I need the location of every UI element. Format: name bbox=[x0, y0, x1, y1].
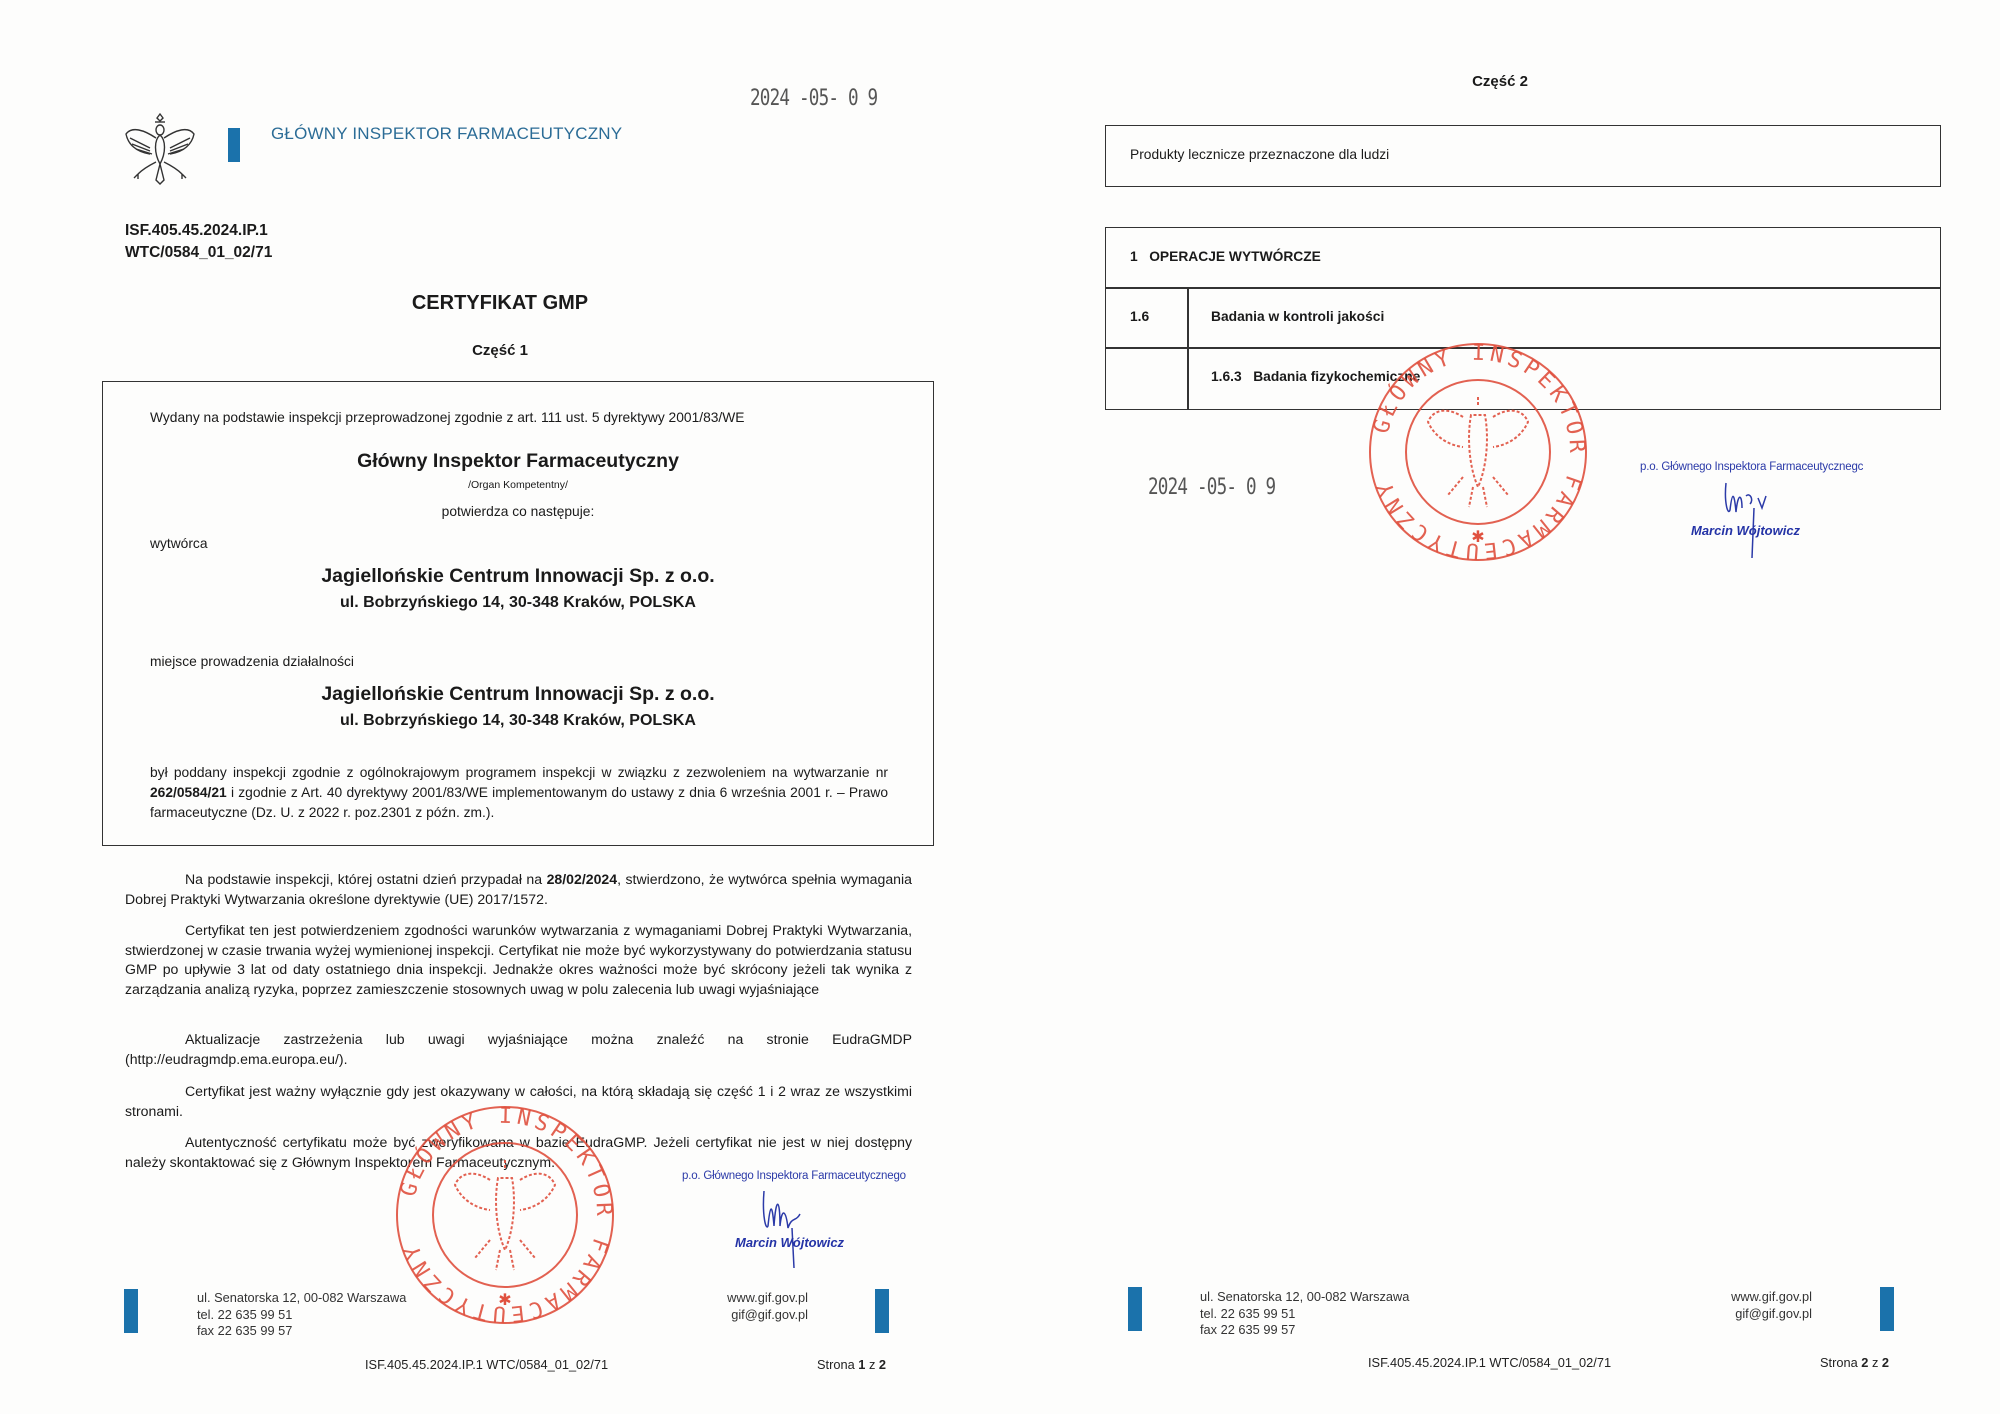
confirms-text: potwierdza co następuje: bbox=[103, 504, 933, 519]
date-stamp: 2024 -05- 0 9 bbox=[1148, 475, 1275, 500]
site-label: miejsce prowadzenia działalności bbox=[150, 654, 354, 669]
brand-bar-header bbox=[228, 128, 240, 162]
official-seal-stamp-icon: GŁÓWNY INSPEKTOR FARMACEUTYCZNY ✱ bbox=[1363, 337, 1593, 567]
signatory-name: Marcin Wójtowicz bbox=[1691, 523, 1800, 538]
footer-address: ul. Senatorska 12, 00-082 Warszawa bbox=[1200, 1289, 1409, 1306]
agency-name: GŁÓWNY INSPEKTOR FARMACEUTYCZNY bbox=[271, 124, 622, 144]
handwritten-signature-icon bbox=[756, 1186, 826, 1271]
footer-fax: fax 22 635 99 57 bbox=[1200, 1322, 1409, 1339]
part-label: Część 1 bbox=[0, 342, 1000, 359]
footer-email-link[interactable]: gif@gif.gov.pl bbox=[1731, 1306, 1812, 1323]
footer-fax: fax 22 635 99 57 bbox=[197, 1323, 406, 1340]
footer-contact: ul. Senatorska 12, 00-082 Warszawa tel. … bbox=[1200, 1289, 1409, 1339]
site-name: Jagiellońskie Centrum Innowacji Sp. z o.… bbox=[103, 683, 933, 706]
footer-website-link[interactable]: www.gif.gov.pl bbox=[727, 1290, 808, 1307]
authority-role: /Organ Kompetentny/ bbox=[103, 479, 933, 491]
official-seal-stamp-icon: GŁÓWNY INSPEKTOR FARMACEUTYCZNY ✱ bbox=[390, 1100, 620, 1330]
product-type-box: Produkty lecznicze przeznaczone dla ludz… bbox=[1105, 125, 1941, 187]
inspection-date: 28/02/2024 bbox=[547, 871, 618, 887]
footer-email-link[interactable]: gif@gif.gov.pl bbox=[727, 1307, 808, 1324]
svg-text:✱: ✱ bbox=[1471, 529, 1484, 546]
footer-phone: tel. 22 635 99 51 bbox=[197, 1307, 406, 1324]
authorization-number: 262/0584/21 bbox=[150, 785, 227, 800]
polish-eagle-emblem-icon bbox=[122, 108, 198, 188]
footer-address: ul. Senatorska 12, 00-082 Warszawa bbox=[197, 1290, 406, 1307]
handwritten-signature-icon bbox=[1720, 478, 1790, 563]
paragraph-validity: Certyfikat ten jest potwierdzeniem zgodn… bbox=[125, 921, 912, 999]
brand-bar-footer-right bbox=[875, 1289, 889, 1333]
page-number: Strona 1 z 2 bbox=[817, 1357, 886, 1372]
paragraph-inspection-result: Na podstawie inspekcji, której ostatni d… bbox=[125, 870, 912, 909]
manufacturer-label: wytwórca bbox=[150, 536, 208, 551]
certificate-title: CERTYFIKAT GMP bbox=[0, 292, 1000, 315]
manufacturer-address: ul. Bobrzyńskiego 14, 30-348 Kraków, POL… bbox=[103, 594, 933, 612]
site-address: ul. Bobrzyńskiego 14, 30-348 Kraków, POL… bbox=[103, 712, 933, 730]
brand-bar-footer-left bbox=[1128, 1287, 1142, 1331]
footer-reference: ISF.405.45.2024.IP.1 WTC/0584_01_02/71 bbox=[365, 1357, 608, 1372]
paragraph-updates: Aktualizacje zastrzeżenia lub uwagi wyja… bbox=[125, 1030, 912, 1069]
footer-website-link[interactable]: www.gif.gov.pl bbox=[1731, 1289, 1812, 1306]
case-number: WTC/0584_01_02/71 bbox=[125, 244, 272, 262]
signature-role: p.o. Głównego Inspektora Farmaceutyczneg… bbox=[1640, 461, 1863, 473]
footer-web: www.gif.gov.pl gif@gif.gov.pl bbox=[1731, 1289, 1812, 1322]
table-row-code: 1.6 bbox=[1130, 309, 1149, 324]
inspection-statement: był poddany inspekcji zgodnie z ogólnokr… bbox=[150, 763, 888, 823]
part-label: Część 2 bbox=[1000, 73, 2000, 90]
product-type: Produkty lecznicze przeznaczone dla ludz… bbox=[1130, 147, 1389, 162]
page-number: Strona 2 z 2 bbox=[1820, 1355, 1889, 1370]
certificate-details-box: Wydany na podstawie inspekcji przeprowad… bbox=[102, 381, 934, 846]
footer-web: www.gif.gov.pl gif@gif.gov.pl bbox=[727, 1290, 808, 1323]
brand-bar-footer-left bbox=[124, 1289, 138, 1333]
authority-name: Główny Inspektor Farmaceutyczny bbox=[103, 450, 933, 473]
issued-basis-text: Wydany na podstawie inspekcji przeprowad… bbox=[150, 410, 744, 425]
section-header: 1 OPERACJE WYTWÓRCZE bbox=[1130, 249, 1321, 264]
manufacturer-name: Jagiellońskie Centrum Innowacji Sp. z o.… bbox=[103, 565, 933, 588]
brand-bar-footer-right bbox=[1880, 1287, 1894, 1331]
reference-number: ISF.405.45.2024.IP.1 bbox=[125, 222, 268, 240]
footer-reference: ISF.405.45.2024.IP.1 WTC/0584_01_02/71 bbox=[1368, 1355, 1611, 1370]
date-stamp: 2024 -05- 0 9 bbox=[750, 86, 877, 111]
footer-phone: tel. 22 635 99 51 bbox=[1200, 1306, 1409, 1323]
signatory-name: Marcin Wójtowicz bbox=[735, 1235, 844, 1250]
certificate-page-2: Część 2 Produkty lecznicze przeznaczone … bbox=[1000, 0, 2000, 1414]
certificate-page-1: GŁÓWNY INSPEKTOR FARMACEUTYCZNY 2024 -05… bbox=[0, 0, 1000, 1414]
table-row-title: Badania w kontroli jakości bbox=[1211, 309, 1384, 324]
signature-role: p.o. Głównego Inspektora Farmaceutyczneg… bbox=[682, 1170, 906, 1182]
svg-text:✱: ✱ bbox=[498, 1292, 511, 1309]
footer-contact: ul. Senatorska 12, 00-082 Warszawa tel. … bbox=[197, 1290, 406, 1340]
